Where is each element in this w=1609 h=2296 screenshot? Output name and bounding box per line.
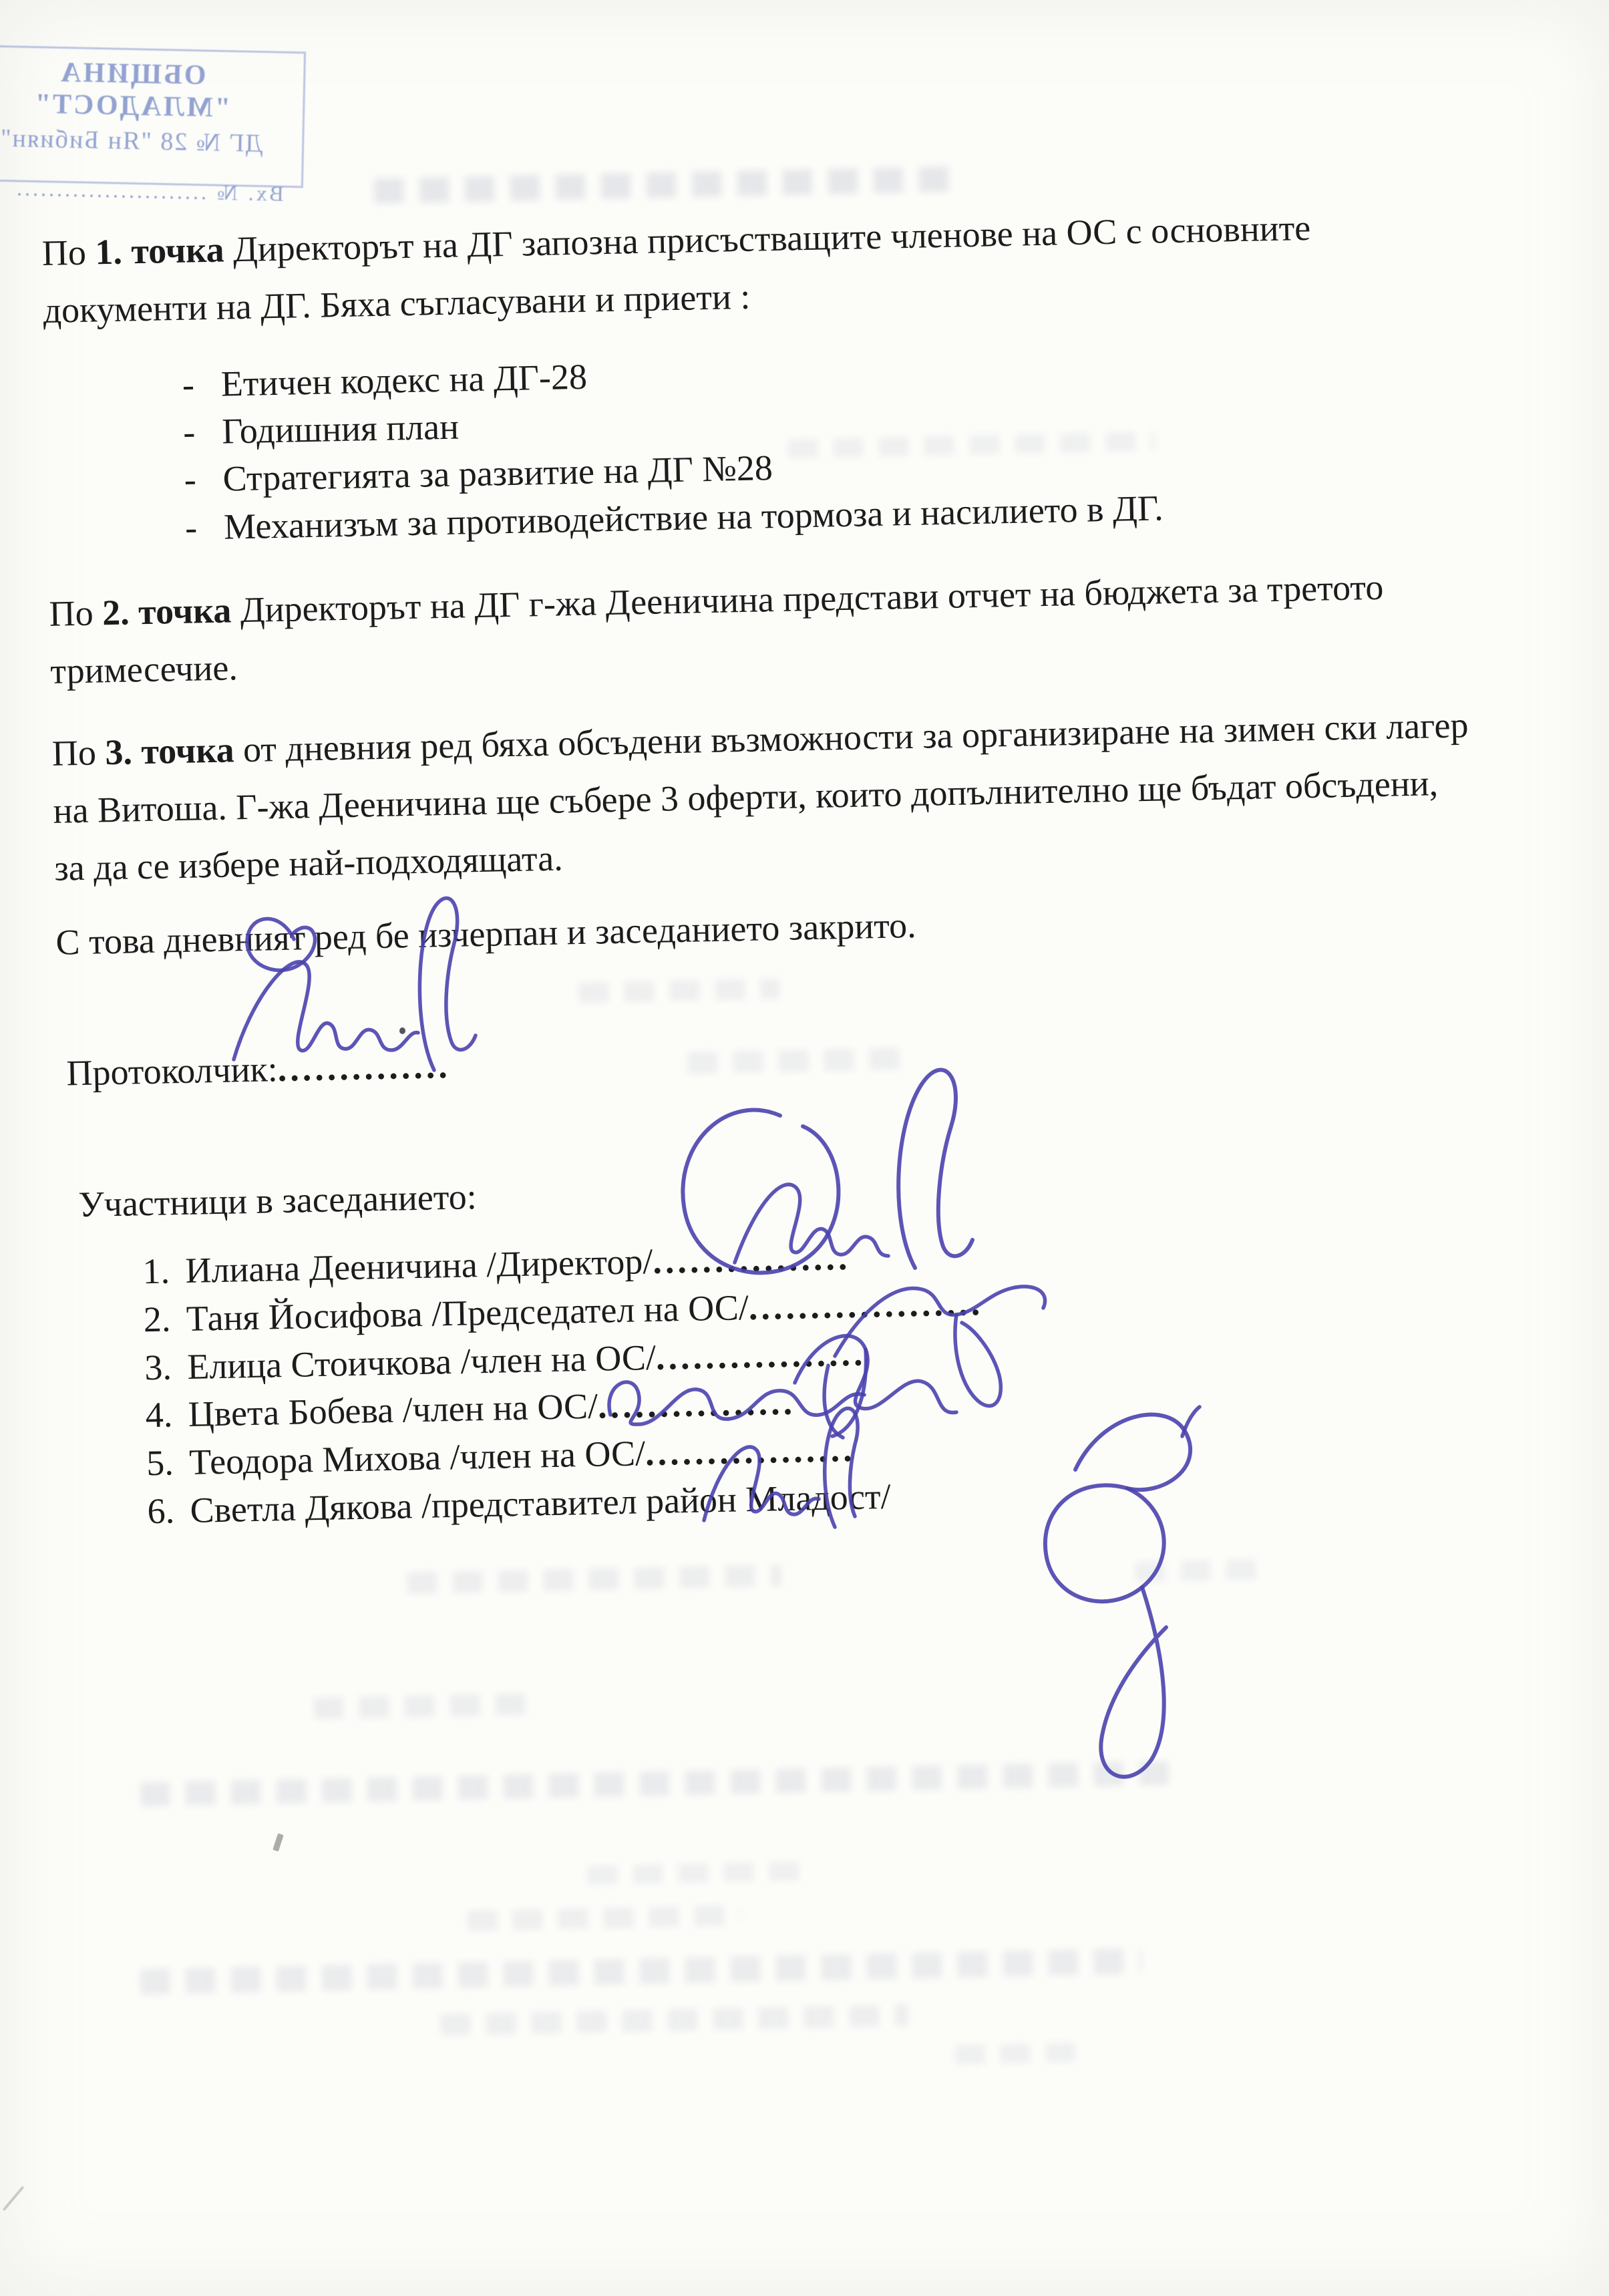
participants-list: 1.Илиана Дееничина /Директор/ ..........… bbox=[62, 1221, 1487, 1537]
participant-number: 3. bbox=[144, 1343, 188, 1392]
bleed-through-line bbox=[955, 2043, 1076, 2064]
paragraph-point-2: По 2. точка Директорът на ДГ г-жа Деенич… bbox=[49, 556, 1471, 700]
point-2-text: Директорът на ДГ г-жа Дееничина представ… bbox=[50, 567, 1384, 691]
bleed-through-line bbox=[1135, 1559, 1270, 1582]
approved-documents-list: -Етичен кодекс на ДГ-28 -Годишния план -… bbox=[182, 335, 1467, 552]
closing-statement: С това дневният ред бе изчерпан и заседа… bbox=[55, 885, 1476, 971]
dash-marker: - bbox=[183, 408, 222, 456]
point-1-lead: По bbox=[41, 232, 96, 273]
scan-edge-mark bbox=[3, 2186, 25, 2211]
participant-number: 6. bbox=[147, 1487, 190, 1536]
stamp-entry-label: Вх. № bbox=[214, 180, 284, 206]
stamp-kindergarten-line: ДГ № 28 "Ян Бибиян" bbox=[0, 123, 303, 160]
paragraph-point-3: По 3. точка от дневния ред бяха обсъдени… bbox=[51, 696, 1475, 898]
signature-dotted-line: ................ bbox=[597, 1379, 795, 1431]
signature-dotted-line: ................ bbox=[653, 1234, 851, 1286]
point-3-text: от дневния ред бяха обсъдени възможности… bbox=[53, 705, 1469, 888]
participants-heading: Участници в заседанието: bbox=[78, 1148, 1481, 1234]
list-item-text: Годишния план bbox=[222, 403, 460, 456]
point-2-lead: По bbox=[49, 593, 103, 634]
ink-speck bbox=[273, 1833, 284, 1852]
signature-dotted-line: ................. bbox=[645, 1426, 856, 1478]
signature-dotted-line: ................... bbox=[748, 1279, 984, 1332]
point-2-label: 2. точка bbox=[102, 590, 232, 633]
dash-marker: - bbox=[182, 360, 221, 408]
participant-number: 5. bbox=[146, 1439, 190, 1488]
point-3-label: 3. точка bbox=[105, 729, 234, 772]
stamp-municipality-line: ОБЩИНА "МЛАДОСТ" bbox=[0, 55, 304, 126]
scanned-document-page: ОБЩИНА "МЛАДОСТ" ДГ № 28 "Ян Бибиян" Вх.… bbox=[0, 0, 1609, 2296]
recorder-label: Протоколчик: bbox=[66, 1049, 278, 1093]
document-body: По 1. точка Директорът на ДГ запозна при… bbox=[41, 196, 1487, 1537]
bleed-through-line bbox=[588, 1862, 809, 1885]
signature-dotted-line: ................. bbox=[655, 1329, 866, 1381]
participant-number: 1. bbox=[142, 1247, 186, 1296]
paragraph-point-1: По 1. точка Директорът на ДГ запозна при… bbox=[41, 196, 1463, 339]
bleed-through-line bbox=[140, 1761, 1169, 1806]
bleed-through-line bbox=[407, 1565, 782, 1594]
stamp-entry-dots: ........................ bbox=[14, 176, 207, 204]
point-1-label: 1. точка bbox=[95, 230, 224, 273]
dash-marker: - bbox=[184, 456, 223, 504]
participant-name: Теодора Михова /член на ОС/ bbox=[189, 1430, 646, 1487]
point-1-text: Директорът на ДГ запозна присъстващите ч… bbox=[43, 208, 1311, 331]
registration-stamp-text: ОБЩИНА "МЛАДОСТ" ДГ № 28 "Ян Бибиян" Вх.… bbox=[0, 47, 304, 186]
bleed-through-line bbox=[314, 1693, 535, 1719]
dash-marker: - bbox=[184, 503, 224, 551]
participant-name: Цвета Бобева /член на ОС/ bbox=[188, 1383, 598, 1439]
participant-number: 2. bbox=[143, 1295, 186, 1344]
bleed-through-line bbox=[441, 2005, 909, 2036]
signature-dotted-line: .............. bbox=[277, 1045, 451, 1089]
list-item-text: Етичен кодекс на ДГ-28 bbox=[220, 353, 587, 407]
bleed-through-line bbox=[140, 1948, 1142, 1994]
recorder-signature-line: Протоколчик:.............. bbox=[66, 1016, 1479, 1102]
point-3-lead: По bbox=[51, 732, 106, 774]
bleed-through-line bbox=[468, 1905, 742, 1931]
participant-number: 4. bbox=[145, 1391, 188, 1440]
stamp-entry-number-line: Вх. № ........................ bbox=[0, 175, 301, 207]
registration-stamp: ОБЩИНА "МЛАДОСТ" ДГ № 28 "Ян Бибиян" Вх.… bbox=[0, 45, 306, 188]
bleed-through-line bbox=[374, 166, 956, 204]
